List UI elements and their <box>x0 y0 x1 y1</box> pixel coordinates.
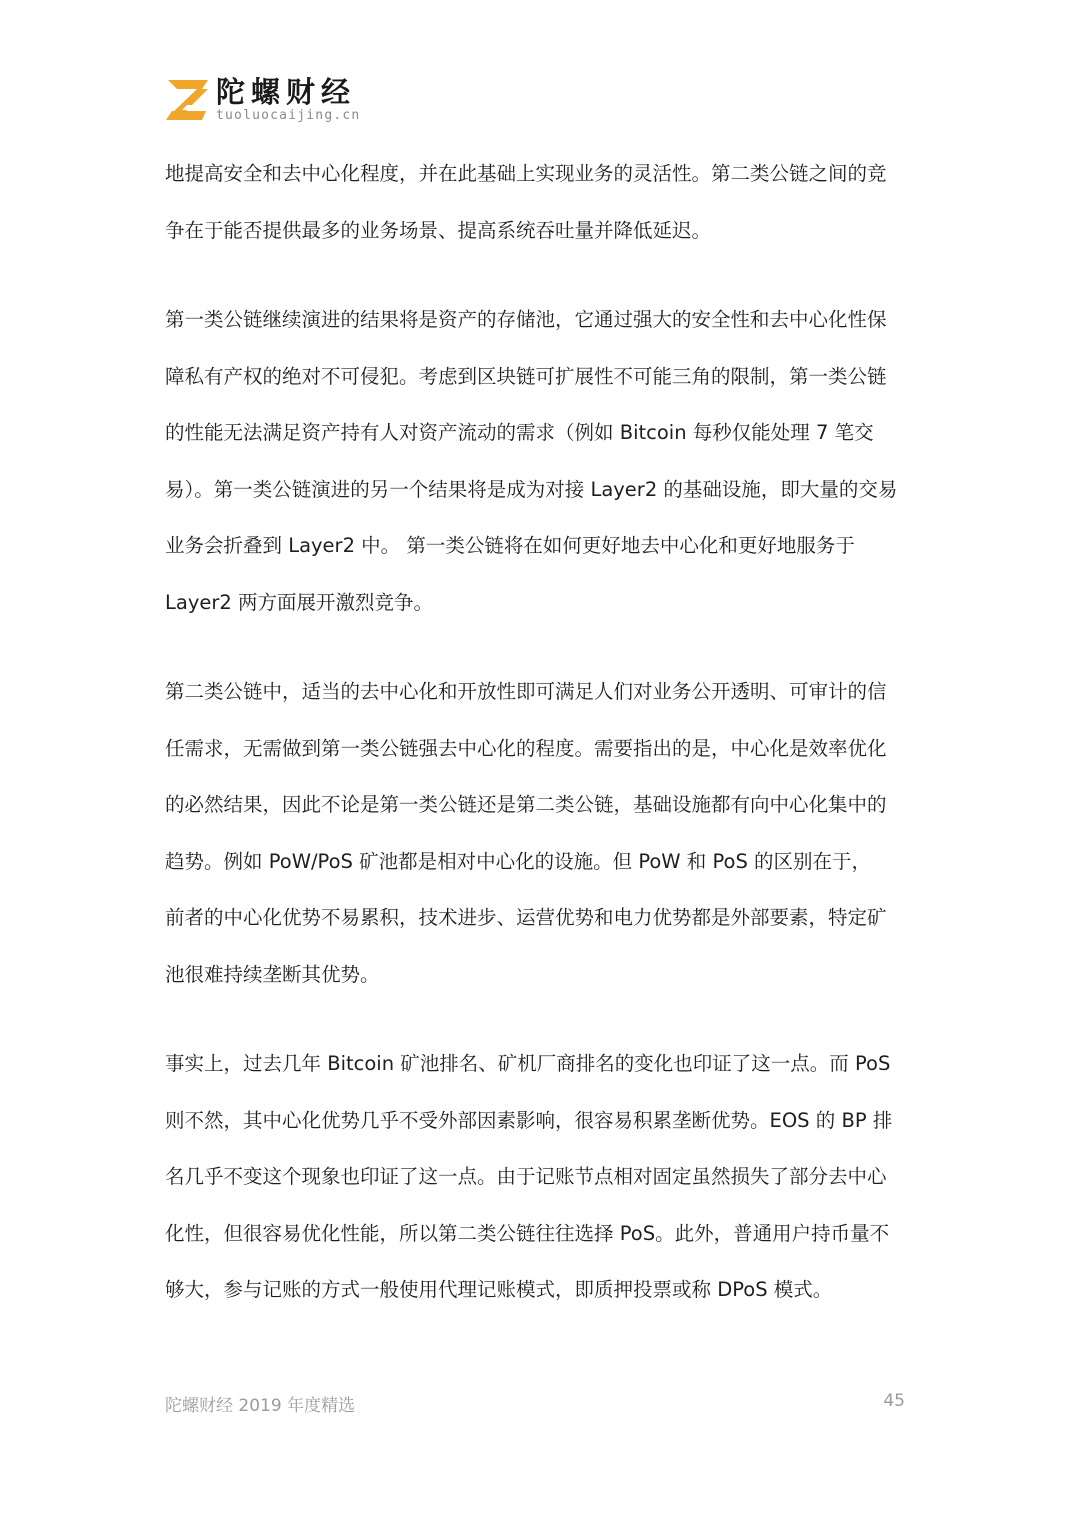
text-line: 够大，参与记账的方式一般使用代理记账模式，即质押投票或称 DPoS 模式。 <box>165 1262 917 1319</box>
brand-domain: tuoluocaijing.cn <box>216 108 360 123</box>
brand-name: 陀螺财经 <box>216 77 360 107</box>
text-line: 池很难持续垄断其优势。 <box>165 947 917 1004</box>
text-line: 名几乎不变这个现象也印证了这一点。由于记账节点相对固定虽然损失了部分去中心 <box>165 1149 917 1206</box>
text-line: 事实上，过去几年 Bitcoin 矿池排名、矿机厂商排名的变化也印证了这一点。而… <box>165 1036 917 1093</box>
text-line: 易）。第一类公链演进的另一个结果将是成为对接 Layer2 的基础设施，即大量的… <box>165 462 917 519</box>
paragraph-2: 第一类公链继续演进的结果将是资产的存储池，它通过强大的安全性和去中心化性保 障私… <box>165 292 917 631</box>
z-logo-icon <box>164 77 210 123</box>
page-footer: 陀螺财经 2019 年度精选 45 <box>165 1391 905 1416</box>
text-line: 的性能无法满足资产持有人对资产流动的需求（例如 Bitcoin 每秒仅能处理 7… <box>165 405 917 462</box>
page-number: 45 <box>883 1391 905 1416</box>
page-header: 陀螺财经 tuoluocaijing.cn <box>164 76 360 124</box>
text-line: 争在于能否提供最多的业务场景、提高系统吞吐量并降低延迟。 <box>165 203 917 260</box>
text-line: 第二类公链中，适当的去中心化和开放性即可满足人们对业务公开透明、可审计的信 <box>165 664 917 721</box>
paragraph-3: 第二类公链中，适当的去中心化和开放性即可满足人们对业务公开透明、可审计的信 任需… <box>165 664 917 1003</box>
text-line: 任需求，无需做到第一类公链强去中心化的程度。需要指出的是，中心化是效率优化 <box>165 721 917 778</box>
paragraph-1: 地提高安全和去中心化程度，并在此基础上实现业务的灵活性。第二类公链之间的竞 争在… <box>165 146 917 259</box>
text-line: 障私有产权的绝对不可侵犯。考虑到区块链可扩展性不可能三角的限制，第一类公链 <box>165 349 917 406</box>
article-body: 地提高安全和去中心化程度，并在此基础上实现业务的灵活性。第二类公链之间的竞 争在… <box>165 146 917 1352</box>
text-line: 化性，但很容易优化性能，所以第二类公链往往选择 PoS。此外，普通用户持币量不 <box>165 1206 917 1263</box>
text-line: 的必然结果，因此不论是第一类公链还是第二类公链，基础设施都有向中心化集中的 <box>165 777 917 834</box>
text-line: 地提高安全和去中心化程度，并在此基础上实现业务的灵活性。第二类公链之间的竞 <box>165 146 917 203</box>
text-line: 第一类公链继续演进的结果将是资产的存储池，它通过强大的安全性和去中心化性保 <box>165 292 917 349</box>
paragraph-4: 事实上，过去几年 Bitcoin 矿池排名、矿机厂商排名的变化也印证了这一点。而… <box>165 1036 917 1319</box>
text-line: 趋势。例如 PoW/PoS 矿池都是相对中心化的设施。但 PoW 和 PoS 的… <box>165 834 917 891</box>
publication-title: 陀螺财经 2019 年度精选 <box>165 1391 355 1416</box>
text-line: 业务会折叠到 Layer2 中。 第一类公链将在如何更好地去中心化和更好地服务于 <box>165 518 917 575</box>
text-line: 前者的中心化优势不易累积，技术进步、运营优势和电力优势都是外部要素，特定矿 <box>165 890 917 947</box>
text-line: 则不然，其中心化优势几乎不受外部因素影响，很容易积累垄断优势。EOS 的 BP … <box>165 1093 917 1150</box>
brand-logo-text: 陀螺财经 tuoluocaijing.cn <box>216 77 360 123</box>
text-line: Layer2 两方面展开激烈竞争。 <box>165 575 917 632</box>
